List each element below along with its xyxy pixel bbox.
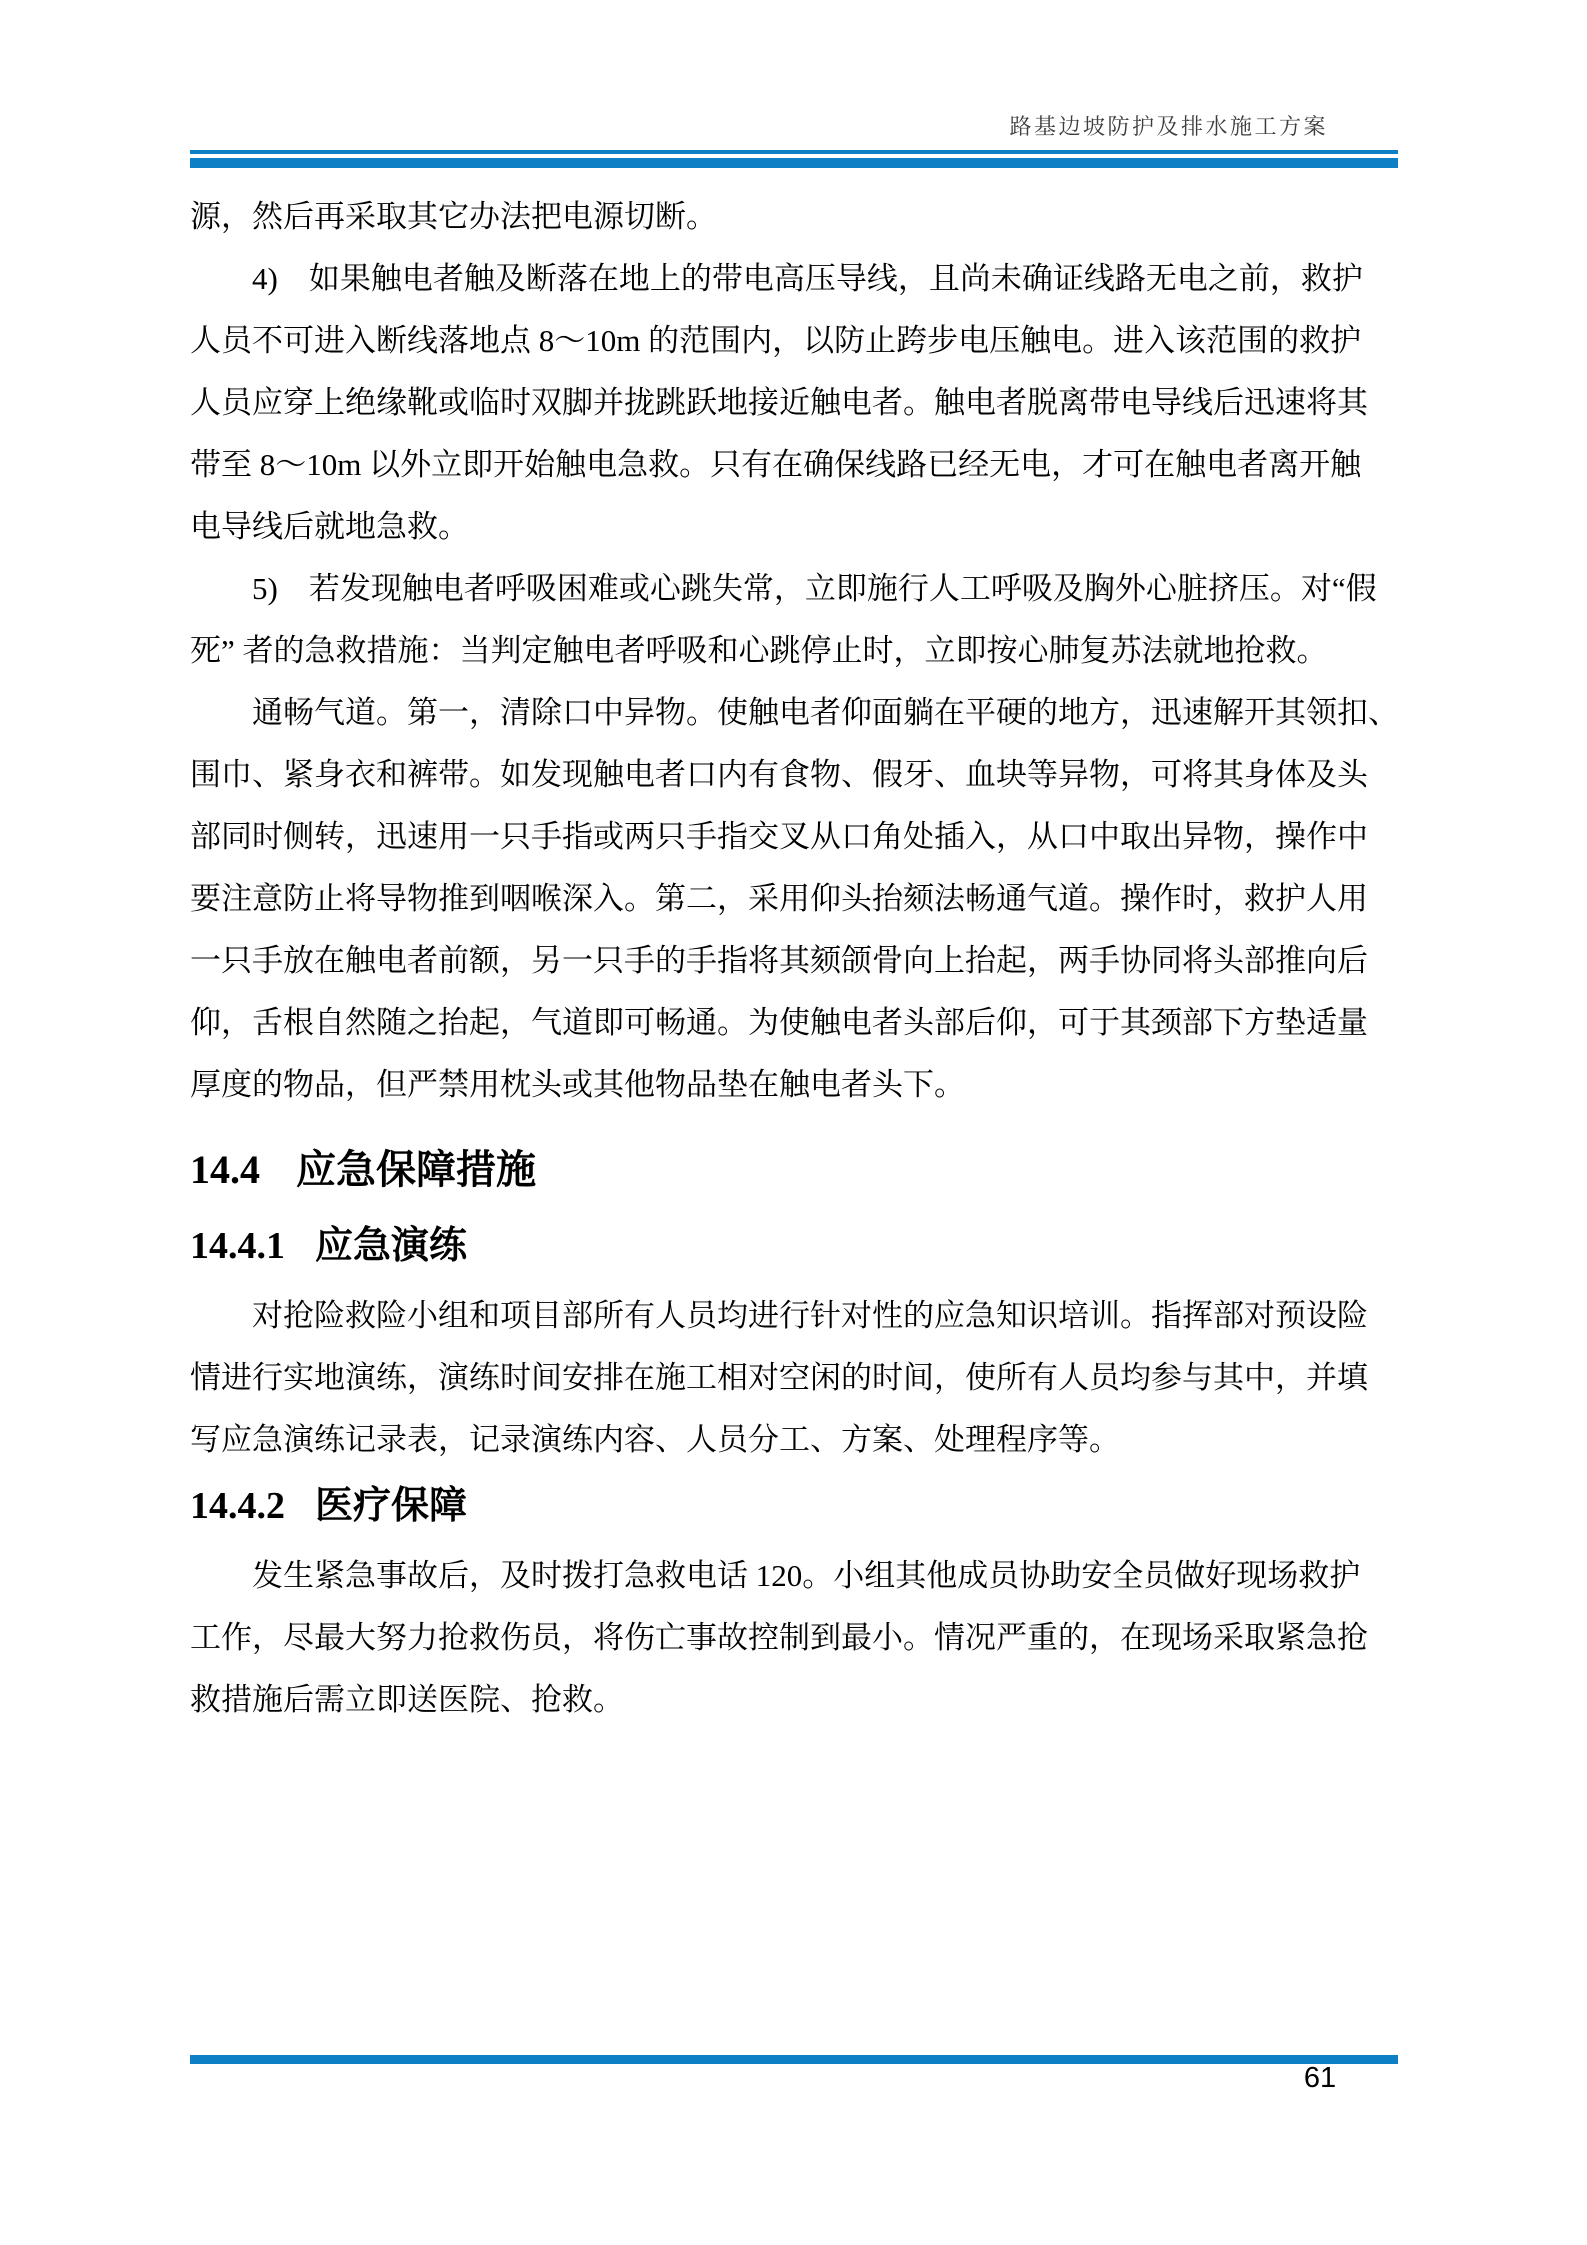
body-text-line: 部同时侧转，迅速用一只手指或两只手指交叉从口角处插入，从口中取出异物，操作中 [190,806,1400,868]
body-text-line: 通畅气道。第一，清除口中异物。使触电者仰面躺在平硬的地方，迅速解开其领扣、 [190,682,1400,744]
paragraph: 通畅气道。第一，清除口中异物。使触电者仰面躺在平硬的地方，迅速解开其领扣、围巾、… [190,682,1400,1116]
body-text-line: 写应急演练记录表，记录演练内容、人员分工、方案、处理程序等。 [190,1409,1400,1471]
section-heading-14.4.2: 14.4.2医疗保障 [190,1479,1400,1533]
body-text-line: 情进行实地演练，演练时间安排在施工相对空闲的时间，使所有人员均参与其中，并填 [190,1347,1400,1409]
page-number: 61 [1245,2062,1395,2095]
body-text-line: 工作，尽最大努力抢救伤员，将伤亡事故控制到最小。情况严重的，在现场采取紧急抢 [190,1607,1400,1669]
body-text-line: 仰，舌根自然随之抬起，气道即可畅通。为使触电者头部后仰，可于其颈部下方垫适量 [190,992,1400,1054]
paragraph: 发生紧急事故后，及时拨打急救电话 120。小组其他成员协助安全员做好现场救护工作… [190,1545,1400,1731]
body-text-line: 源，然后再采取其它办法把电源切断。 [190,186,1400,248]
body-text-line: 4) 如果触电者触及断落在地上的带电高压导线，且尚未确证线路无电之前，救护 [190,248,1400,310]
heading-number: 14.4 [190,1147,260,1192]
paragraph: 源，然后再采取其它办法把电源切断。 [190,186,1400,248]
heading-label: 应急保障措施 [296,1147,536,1192]
paragraph: 5) 若发现触电者呼吸困难或心跳失常，立即施行人工呼吸及胸外心脏挤压。对“假死”… [190,558,1400,682]
body-text-line: 救措施后需立即送医院、抢救。 [190,1669,1400,1731]
body-text-line: 一只手放在触电者前额，另一只手的手指将其颏颌骨向上抬起，两手协同将头部推向后 [190,930,1400,992]
header-rule-thin [190,150,1398,154]
body-text-line: 5) 若发现触电者呼吸困难或心跳失常，立即施行人工呼吸及胸外心脏挤压。对“假 [190,558,1400,620]
body-text-line: 带至 8～10m 以外立即开始触电急救。只有在确保线路已经无电，才可在触电者离开… [190,434,1400,496]
document-page: 路基边坡防护及排水施工方案 源，然后再采取其它办法把电源切断。4) 如果触电者触… [0,0,1587,2245]
header-rule-thick [190,158,1398,168]
body-text-line: 人员不可进入断线落地点 8～10m 的范围内，以防止跨步电压触电。进入该范围的救… [190,310,1400,372]
section-heading-14.4.1: 14.4.1应急演练 [190,1219,1400,1273]
body-text-line: 人员应穿上绝缘靴或临时双脚并拢跳跃地接近触电者。触电者脱离带电导线后迅速将其 [190,372,1400,434]
heading-label: 应急演练 [315,1225,467,1267]
body-text-line: 电导线后就地急救。 [190,496,1400,558]
section-heading-14.4: 14.4应急保障措施 [190,1142,1400,1198]
paragraph: 对抢险救险小组和项目部所有人员均进行针对性的应急知识培训。指挥部对预设险情进行实… [190,1285,1400,1471]
heading-number: 14.4.2 [190,1485,285,1527]
body-text-line: 死” 者的急救措施：当判定触电者呼吸和心跳停止时，立即按心肺复苏法就地抢救。 [190,620,1400,682]
body-text-line: 厚度的物品，但严禁用枕头或其他物品垫在触电者头下。 [190,1054,1400,1116]
paragraph: 4) 如果触电者触及断落在地上的带电高压导线，且尚未确证线路无电之前，救护人员不… [190,248,1400,558]
heading-label: 医疗保障 [315,1485,467,1527]
header-title: 路基边坡防护及排水施工方案 [1009,110,1328,141]
heading-number: 14.4.1 [190,1225,285,1267]
body-text-line: 对抢险救险小组和项目部所有人员均进行针对性的应急知识培训。指挥部对预设险 [190,1285,1400,1347]
body-text-line: 要注意防止将导物推到咽喉深入。第二，采用仰头抬颏法畅通气道。操作时，救护人用 [190,868,1400,930]
body-text-line: 发生紧急事故后，及时拨打急救电话 120。小组其他成员协助安全员做好现场救护 [190,1545,1400,1607]
body-text-line: 围巾、紧身衣和裤带。如发现触电者口内有食物、假牙、血块等异物，可将其身体及头 [190,744,1400,806]
footer-rule [190,2055,1398,2064]
document-body: 源，然后再采取其它办法把电源切断。4) 如果触电者触及断落在地上的带电高压导线，… [190,186,1400,1731]
